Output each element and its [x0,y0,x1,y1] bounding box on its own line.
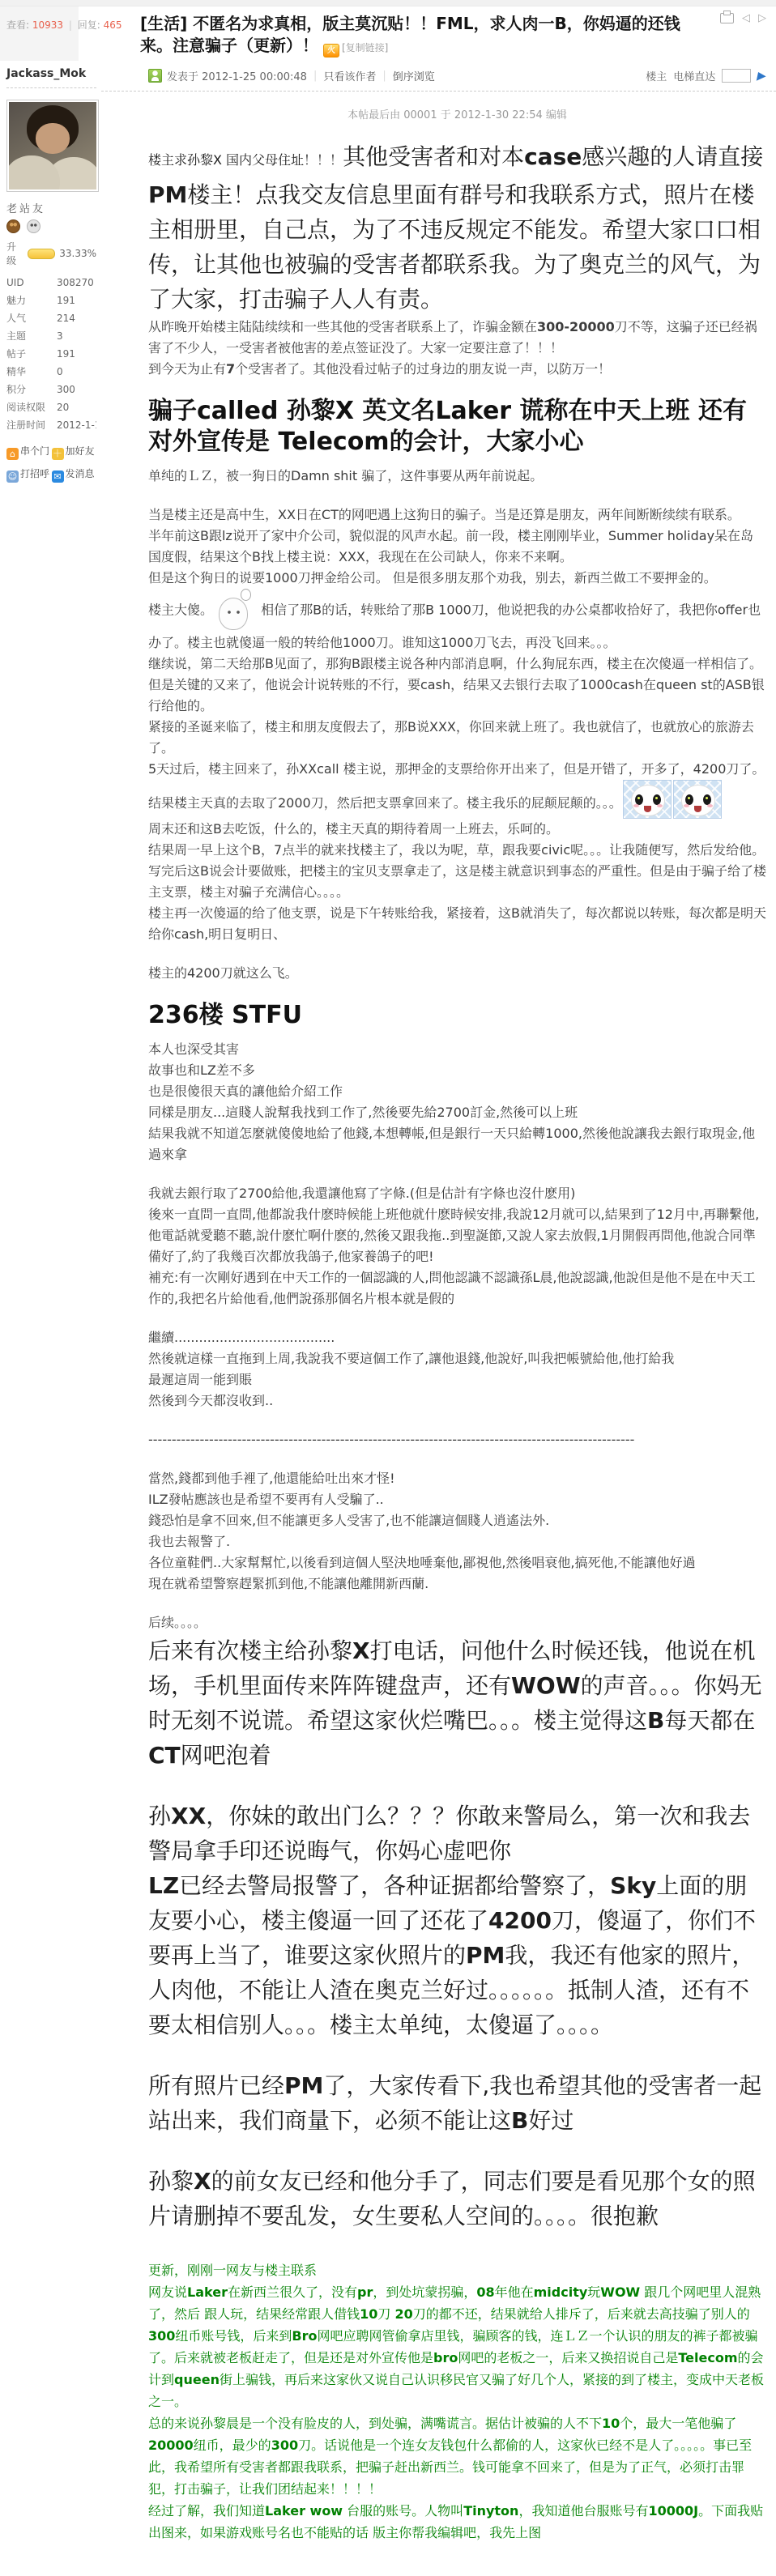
text-run: 後來一直問一直問,他都說我什麽時候能上班他就什麽時候安排,我說12月就可以,結果… [148,1207,759,1264]
text-run: 已经去警局报警了，各种证据都给警察了， [179,1872,610,1899]
post-block-pbig: 所有照片已经PM了，大家传看下,我也希望其他的受害者一起站出来，我们商量下，必须… [148,2068,766,2138]
author-medals [6,218,96,233]
text-run: X [335,397,363,425]
post-block-p: 繼續......................................… [148,1327,766,1411]
text-run: 孙黎 [287,397,335,425]
emoticon-star-eyes [673,780,722,819]
text-run: 网友说 [148,2284,187,2300]
post-block-p: 单纯的ＬＺ，被一狗日的Damn shit 骗了，这件事要从两年前说起。 [148,466,766,487]
spacer [148,1773,766,1799]
upgrade-row: 升级 33.33% [6,240,96,267]
text-run: 本帖最后由 00001 于 2012-1-30 22:54 编辑 [347,109,567,121]
spacer [148,1165,766,1183]
text-run: 网吧泡着 [181,1742,271,1769]
text-run: 楼 [199,1001,232,1029]
text-run: 好过 [528,2107,573,2134]
text-run: ILZ發帖應該也是希望不要再有人受騙了.. [148,1492,384,1507]
text-run: Bro [292,2328,317,2344]
envelope-icon [52,470,64,483]
elevator-floor-input[interactable] [722,69,751,83]
text-run: 本人也深受其害 [148,1041,239,1057]
text-run: Telecom [278,428,389,456]
home-icon [6,448,19,460]
stat-row: 人气214 [6,309,96,327]
say-hi-link[interactable]: 打招呼 [6,466,52,483]
text-run: 纽币，最少的 [194,2438,271,2453]
text-run: 所有照片已经 [148,2072,284,2099]
prev-thread-icon[interactable] [742,13,750,23]
text-run: 各位童鞋們..大家幫幫忙,以後看到這個人堅決地唾棄他,鄙視他,然後唱衰他,搞死他… [148,1555,696,1570]
copy-link[interactable]: [复制链接] [342,42,388,53]
visit-profile-link[interactable]: 串个门 [6,444,52,460]
text-run: 當然,錢都到他手裡了,他還能給吐出來才怪! [148,1471,395,1486]
text-run: 7 [226,361,235,377]
post-block-p: 我就去銀行取了2700給他,我還讓他寫了字條.(但是估計有字條也沒什麽用)後來一… [148,1183,766,1309]
text-run: 然後到今天都沒收到.. [148,1393,273,1408]
thread-header: 查看: 10933 | 回复: 465 [生活] 不匿名为求真相，版主莫沉贴！！… [0,6,776,61]
text-run: 周末还和这B去吃饭，什么的，楼主天真的期待着周一上班去，乐呵的。 [148,821,559,837]
post-block-h1: 骗子called 孙黎X 英文名Laker 谎称在中天上班 还有对外宣传是 Te… [148,396,766,458]
text-run: 10 [602,2416,620,2431]
text-run: 在新西兰很久了，没有 [228,2284,357,2300]
emoticon-sweat [216,589,254,632]
text-run: STFU [232,1001,302,1029]
text-run: 紧接的圣诞来临了，楼主和朋友度假去了，那B说XXX，你回来就上班了。我也就信了，… [148,719,754,756]
author-rank: 老站友 [6,200,96,215]
text-run: ，我知道他台服账号有 [518,2503,648,2519]
text-run: 网吧的老板之一，后来又换招说自己是 [458,2350,678,2365]
author-actions: 串个门 加好友 打招呼 发消息 [6,444,96,483]
text-run: 20000 [148,2438,194,2453]
text-run: 单纯的ＬＺ，被一狗日的Damn shit 骗了，这件事要从两年前说起。 [148,468,543,483]
send-message-link[interactable]: 发消息 [52,466,97,483]
divider: | [382,70,386,82]
thread-title: [生活] 不匿名为求真相，版主莫沉贴！！FML，求人肉一B，你妈逼的还钱来。注意… [140,14,680,55]
page-top-strip [0,0,776,6]
stat-row: UID308270 [6,274,96,292]
text-run: 楼主大傻。 [148,602,213,618]
post-block-pbig: 孙XX，你妹的敢出门么？？？你敢来警局么，第一次和我去警局拿手印还说晦气，你妈心… [148,1799,766,2042]
text-run: 也是很傻很天真的讓他給介紹工作 [148,1084,343,1099]
emoticon-star-eyes [623,780,672,819]
text-run: 后来有次楼主给孙黎 [148,1637,352,1664]
spacer [148,2233,766,2259]
text-run: 我就去銀行取了2700給他,我還讓他寫了字條.(但是估計有字條也沒什麽用) [148,1186,575,1201]
text-run: 台服的账号。人物叫 [343,2503,463,2519]
text-run: XX [171,1803,206,1829]
wave-icon [6,470,19,483]
spacer [148,487,766,505]
text-run: ----------------------------------------… [148,1432,634,1447]
text-run: 其他受害者和对本 [343,143,524,170]
text-run: 補充:有一次剛好遇到在中天工作的一個認識的人,問他認識不認識孫L晨,他說認識,他… [148,1270,756,1306]
add-friend-icon [52,448,64,460]
text-run: LZ [148,1872,179,1899]
text-run: 10 [360,2306,377,2322]
stat-row: 积分300 [6,381,96,398]
text-run: 300-20000 [537,319,615,334]
post-block-pbig: 楼主求孙黎X 国内父母住址！！！其他受害者和对本case感兴趣的人请直接PM楼主… [148,139,766,317]
title-area: [生活] 不匿名为求真相，版主莫沉贴！！FML，求人肉一B，你妈逼的还钱来。注意… [79,6,776,61]
text-run: 年他在 [495,2284,534,2300]
text-run: 个受害者了。其他没看过帖子的过身边的朋友说一声，以防万一！ [235,361,611,377]
text-run: 个，最大一笔他骗了 [620,2416,736,2431]
stat-row: 魅力191 [6,292,96,309]
text-run: 4200 [488,1907,552,1934]
elevator-jump-icon[interactable] [757,70,768,83]
text-run: 总的来说孙黎晨是一个没有脸皮的人，到处骗，满嘴谎言。据估计被骗的人不下 [148,2416,602,2431]
text-run: 刀 [377,2306,394,2322]
text-run: 現在就希望警察趕緊抓到他,不能讓他離開新西蘭. [148,1576,429,1591]
post-meta-row: 发表于 2012-1-25 00:00:48 | 只看该作者 | 倒序浏览 楼主… [101,61,776,92]
post-block-p: 后续。。。。 [148,1612,766,1633]
spacer [148,1309,766,1327]
text-run: 錢恐怕是拿不回來,但不能讓更多人受害了,也不能讓這個賤人逍遙法外. [148,1513,549,1528]
text-run: 结果楼主天真的去取了2000刀，然后把支票拿回来了。楼主我乐的屁颠屁颠的。。。 [148,795,622,811]
hot-fire-icon: 火 [323,44,339,57]
text-run: PM [284,2072,323,2099]
post-main: 发表于 2012-1-25 00:00:48 | 只看该作者 | 倒序浏览 楼主… [101,61,776,2576]
text-run: 我也去報警了. [148,1534,230,1549]
text-run: PM [466,1942,505,1969]
next-thread-icon[interactable] [758,13,766,23]
text-run: X [352,1637,370,1664]
text-run: 到今天为止有 [148,361,226,377]
text-run: 但是这个狗日的说要1000刀押金给公司。 但是很多朋友那个劝我，别去，新西兰做工… [148,570,717,585]
text-run: B [511,2107,528,2134]
text-run: 300 [148,2328,175,2344]
floor-label: 楼主 [646,68,667,83]
text-run: 300 [271,2438,298,2453]
spacer [148,2042,766,2068]
post-block-h1: 236楼 STFU [148,1000,766,1031]
text-run: queen [174,2372,220,2387]
stat-row: 阅读权限20 [6,398,96,416]
text-run: 街上骗钱，再后来这家伙又说自己认识移民官又骗了好几个人，紧接的到了楼主，变成中天… [148,2372,764,2409]
spacer [148,2138,766,2164]
only-author-link[interactable]: 只看该作者 [323,68,376,83]
text-run: 楼主再一次傻逼的给了他支票，说是下午转账给我，紧接着，这B就消失了，每次都说以转… [148,905,766,942]
post-block-p: 楼主大傻。 相信了那B的话，转账给了那B 1000刀，他说把我的办公桌都收拾好了… [148,589,766,780]
text-run: ，你妹的敢出门么？？？你敢来警局么，第一次和我去警局拿手印还说晦气，你妈心虚吧你 [148,1803,750,1864]
text-run: 的会计，大家小心 [390,428,584,456]
online-status-icon [148,69,162,83]
text-run: 半年前这B跟lz说开了家中介公司，貌似混的风声水起。前一段，楼主刚刚毕业，Sum… [148,528,753,564]
elevator-label: 电梯直达 [673,68,715,83]
post-block-pbig: 后来有次楼主给孙黎X打电话，问他什么时候还钱，他说在机场，手机里面传来阵阵键盘声… [148,1633,766,1773]
text-run: Laker [187,2284,228,2300]
text-run: 后续。。。。 [148,1615,207,1630]
text-run: 纽币账号钱，后来到 [175,2328,292,2344]
stat-row: 注册时间2012-1-13 [6,416,96,434]
views-count: 10933 [32,19,63,31]
text-run: 楼主的4200刀就这么飞。 [148,965,298,981]
upgrade-label: 升级 [6,240,23,267]
medal-owl-grey-icon [27,219,41,233]
text-run: midcity [534,2284,588,2300]
text-run: 楼主求孙黎X 国内父母住址！！！ [148,152,343,168]
text-run: 写完后这B说会计要做账，把楼主的宝贝支票拿走了，这是楼主就意识到事态的严重性。但… [148,863,766,900]
text-run: 236 [148,1001,199,1029]
author-sidebar: Jackass_Mok 老站友 升级 33.33% UID308270 魅力19… [0,61,101,491]
text-run: 最遲這周一能到賬 [148,1372,252,1387]
post-block-p: 当是楼主还是高中生，XX日在CT的网吧遇上这狗日的骗子。当是还算是朋友，两年间断… [148,505,766,589]
text-run: 結果我就不知道怎麼就傻傻地給了他錢,本想轉帳,但是銀行一天只給轉1000,然後他… [148,1126,755,1162]
text-run: 每天都在 [664,1707,755,1734]
text-run: PM [148,181,187,208]
post-block-p: ----------------------------------------… [148,1429,766,1450]
text-run: Laker [435,397,519,425]
text-run: WOW [511,1672,581,1699]
post-block-green: 更新，刚刚一网友与楼主联系网友说Laker在新西兰很久了，没有pr，到处坑蒙拐骗… [148,2259,766,2544]
print-icon[interactable] [720,13,734,23]
post-block-p: 结果楼主天真的去取了2000刀，然后把支票拿回来了。楼主我乐的屁颠屁颠的。。。周… [148,780,766,945]
reverse-browse-link[interactable]: 倒序浏览 [393,68,435,83]
text-run: B [647,1707,664,1734]
text-run: pr [357,2284,373,2300]
text-run: 结果周一早上这个B，7点半的就来找楼主了，我以为呢，草，跟我要civic呢。。。… [148,842,765,858]
text-run: 然後就這樣一直拖到上周,我說我不要這個工作了,讓他退錢,他說好,叫我把帳號給他,… [148,1351,674,1366]
text-run: 更新，刚刚一网友与楼主联系 [148,2263,317,2278]
post-block-p: 本人也深受其害故事也和LZ差不多也是很傻很天真的讓他給介紹工作同樣是朋友...這… [148,1039,766,1165]
post-block-pbig: 孙黎X的前女友已经和他分手了，同志们要是看见那个女的照片请删掉不要乱发，女生要私… [148,2164,766,2233]
upgrade-progress-bar [28,249,55,259]
text-run: 楼主！点我交友信息里面有群号和我联系方式，照片在楼主相册里，自己点，为了不违反规… [148,181,761,313]
post-block-p: 楼主的4200刀就这么飞。 [148,963,766,984]
text-run: case [524,143,582,170]
text-run: Tinyton [463,2503,518,2519]
text-run: 玩 [587,2284,600,2300]
text-run: 故事也和LZ差不多 [148,1062,255,1078]
divider: | [313,70,317,82]
spacer [148,1595,766,1612]
post-block-edit: 本帖最后由 00001 于 2012-1-30 22:54 编辑 [148,106,766,121]
text-run: ，到处坑蒙拐骗， [373,2284,476,2300]
text-run: 英文名 [362,397,435,425]
medal-owl-brown-icon [6,219,20,233]
text-run: 刀的都不还，结果就给人排斥了，后来就去高技骗了别人的 [413,2306,750,2322]
text-run: 骗子 [148,397,197,425]
author-avatar[interactable] [6,100,99,192]
text-run: Sky [610,1872,656,1899]
spacer [148,1411,766,1429]
text-run: 的前女友已经和他分手了，同志们要是看见那个女的照片请删掉不要乱发，女生要私人空间… [148,2168,756,2229]
posted-time: 发表于 2012-1-25 00:00:48 [167,68,307,83]
text-run: 5天过后，楼主回来了，孙XXcall 楼主说，那押金的支票给你开出来了，但是开错… [148,761,765,777]
text-run: 同樣是朋友...這賤人說幫我找到工作了,然後要先給2700訂金,然後可以上班 [148,1105,578,1120]
text-run: WOW [600,2284,640,2300]
stat-row: 帖子191 [6,345,96,363]
text-run: 孙黎 [148,2168,194,2195]
views-replies-box: 查看: 10933 | 回复: 465 [0,6,79,61]
post-block-p: 當然,錢都到他手裡了,他還能給吐出來才怪!ILZ發帖應該也是希望不要再有人受騙了… [148,1468,766,1595]
text-run: 感兴趣的人请直接 [582,143,763,170]
add-friend-link[interactable]: 加好友 [52,444,97,460]
author-username[interactable]: Jackass_Mok [6,62,96,88]
stat-row: 精华0 [6,363,96,381]
divider: | [69,19,72,31]
text-run: 从昨晚开始楼主陆陆续续和一些其他的受害者联系上了，诈骗金额在 [148,319,537,334]
text-run: 当是楼主还是高中生，XX日在CT的网吧遇上这狗日的骗子。当是还算是朋友，两年间断… [148,507,740,522]
avatar-photo [9,102,96,189]
stat-row: 主题3 [6,327,96,345]
post-block-p: 从昨晚开始楼主陆陆续续和一些其他的受害者联系上了，诈骗金额在300-20000刀… [148,317,766,380]
spacer [148,1450,766,1468]
text-run: 20 [394,2306,412,2322]
text-run: 08 [476,2284,494,2300]
text-run: CT [148,1742,181,1769]
spacer [148,945,766,963]
text-run: 孙 [148,1803,171,1829]
views-label: 查看: [6,19,29,31]
text-run: X [194,2168,211,2195]
text-run: 经过了解，我们知道 [148,2503,265,2519]
text-run: Laker wow [265,2503,343,2519]
text-run: 10000J [648,2503,698,2519]
text-run: Telecom [678,2350,737,2365]
post-body: 本帖最后由 00001 于 2012-1-30 22:54 编辑楼主求孙黎X 国… [101,92,776,2576]
text-run: 继续说，第二天给那B见面了，那狗B跟楼主说各种内部消息啊，什么狗屁东西，楼主在次… [148,656,765,713]
text-run: called [197,397,287,425]
text-run: bro [433,2350,458,2365]
upgrade-percent: 33.33% [59,248,96,259]
author-stats: UID308270 魅力191 人气214 主题3 帖子191 精华0 积分30… [6,274,96,434]
text-run: 繼續......................................… [148,1330,335,1345]
